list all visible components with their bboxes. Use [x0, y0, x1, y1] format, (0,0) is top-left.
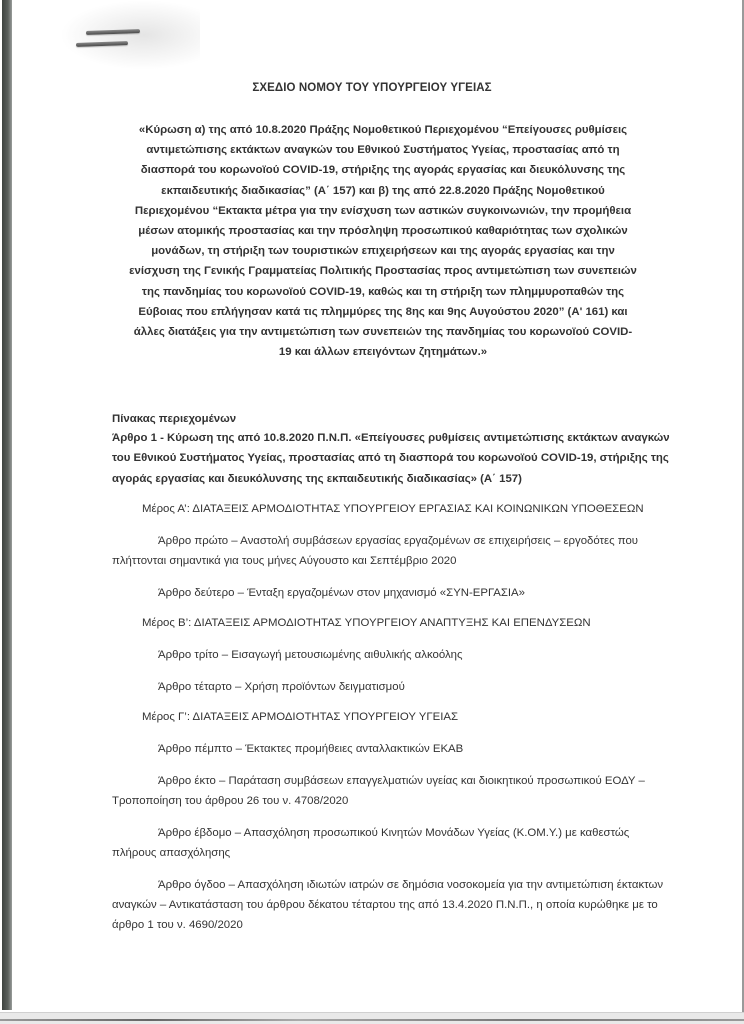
scan-bottom-edge	[0, 1012, 744, 1024]
toc-article-1: Άρθρο 1 - Κύρωση της από 10.8.2020 Π.Ν.Π…	[112, 428, 672, 489]
toc-entry: Άρθρο δεύτερο – Ένταξη εργαζομένων στον …	[112, 583, 672, 603]
toc-entry: Άρθρο όγδοο – Απασχόληση ιδιωτών ιατρών …	[112, 875, 672, 935]
toc-entry: Άρθρο έβδομο – Απασχόληση προσωπικού Κιν…	[112, 823, 672, 863]
toc-part-a: Μέρος Α’: ΔΙΑΤΑΞΕΙΣ ΑΡΜΟΔΙΟΤΗΤΑΣ ΥΠΟΥΡΓΕ…	[112, 499, 672, 519]
toc-entry: Άρθρο τέταρτο – Χρήση προϊόντων δειγματι…	[112, 677, 672, 697]
toc-entry: Άρθρο έκτο – Παράταση συμβάσεων επαγγελμ…	[112, 771, 672, 811]
toc-heading: Πίνακας περιεχομένων	[112, 410, 672, 428]
document-title: ΣΧΕΔΙΟ ΝΟΜΟΥ ΤΟΥ ΥΠΟΥΡΓΕΙΟΥ ΥΓΕΙΑΣ	[0, 82, 744, 94]
toc-entry: Άρθρο πρώτο – Αναστολή συμβάσεων εργασία…	[112, 531, 672, 571]
toc-entry: Άρθρο πέμπτο – Έκτακτες προμήθειες ανταλ…	[112, 739, 672, 759]
table-of-contents: Πίνακας περιεχομένων Άρθρο 1 - Κύρωση τη…	[112, 410, 672, 935]
staple-shadow	[60, 0, 200, 70]
scan-left-edge	[2, 0, 12, 1010]
toc-part-b: Μέρος Β’: ΔΙΑΤΑΞΕΙΣ ΑΡΜΟΔΙΟΤΗΤΑΣ ΥΠΟΥΡΓΕ…	[112, 613, 672, 633]
document-subject: «Κύρωση α) της από 10.8.2020 Πράξης Νομο…	[128, 120, 638, 362]
toc-part-c: Μέρος Γ’: ΔΙΑΤΑΞΕΙΣ ΑΡΜΟΔΙΟΤΗΤΑΣ ΥΠΟΥΡΓΕ…	[112, 707, 672, 727]
toc-entry: Άρθρο τρίτο – Εισαγωγή μετουσιωμένης αιθ…	[112, 645, 672, 665]
